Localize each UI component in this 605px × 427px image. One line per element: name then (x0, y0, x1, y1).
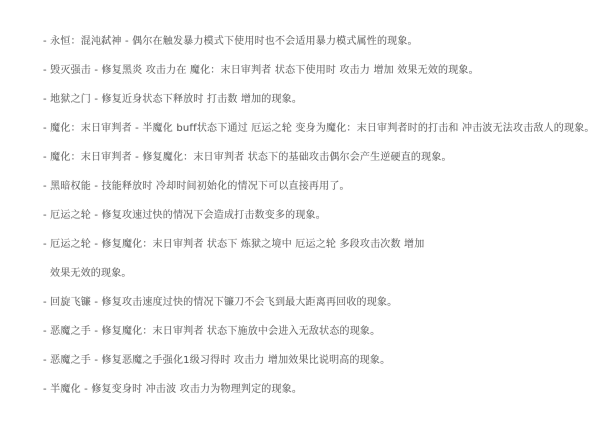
patch-note-line: - 魔化：末日审判者 - 修复魔化：末日审判者 状态下的基础攻击偶尔会产生逆硬直… (43, 153, 577, 163)
patch-note-line: - 厄运之轮 - 修复魔化：末日审判者 状态下 炼狱之境中 厄运之轮 多段攻击次… (43, 240, 577, 250)
patch-note-line: - 黑暗权能 - 技能释放时 冷却时间初始化的情况下可以直接再用了。 (43, 182, 577, 192)
patch-note-line: - 毁灭强击 - 修复黑炎 攻击力在 魔化：末日审判者 状态下使用时 攻击力 增… (43, 66, 577, 76)
patch-note-line: - 魔化：末日审判者 - 半魔化 buff状态下通过 厄运之轮 变身为魔化：末日… (43, 124, 577, 134)
patch-note-line: - 恶魔之手 - 修复魔化：末日审判者 状态下施放中会进入无敌状态的现象。 (43, 327, 577, 337)
patch-note-continuation-line: 效果无效的现象。 (43, 269, 577, 279)
patch-note-line: - 地狱之门 - 修复近身状态下释放时 打击数 增加的现象。 (43, 95, 577, 105)
patch-note-line: - 回旋飞镰 - 修复攻击速度过快的情况下镰刀不会飞到最大距离再回收的现象。 (43, 298, 577, 308)
patch-note-line: - 厄运之轮 - 修复攻速过快的情况下会造成打击数变多的现象。 (43, 211, 577, 221)
patch-note-line: - 恶魔之手 - 修复恶魔之手强化1级习得时 攻击力 增加效果比说明高的现象。 (43, 356, 577, 366)
patch-note-line: - 永恒：混沌弑神 - 偶尔在触发暴力模式下使用时也不会适用暴力模式属性的现象。 (43, 37, 577, 47)
patch-notes-page: - 永恒：混沌弑神 - 偶尔在触发暴力模式下使用时也不会适用暴力模式属性的现象。… (0, 0, 605, 427)
patch-notes-list: - 永恒：混沌弑神 - 偶尔在触发暴力模式下使用时也不会适用暴力模式属性的现象。… (43, 37, 577, 414)
patch-note-line: - 半魔化 - 修复变身时 冲击波 攻击力为物理判定的现象。 (43, 385, 577, 395)
